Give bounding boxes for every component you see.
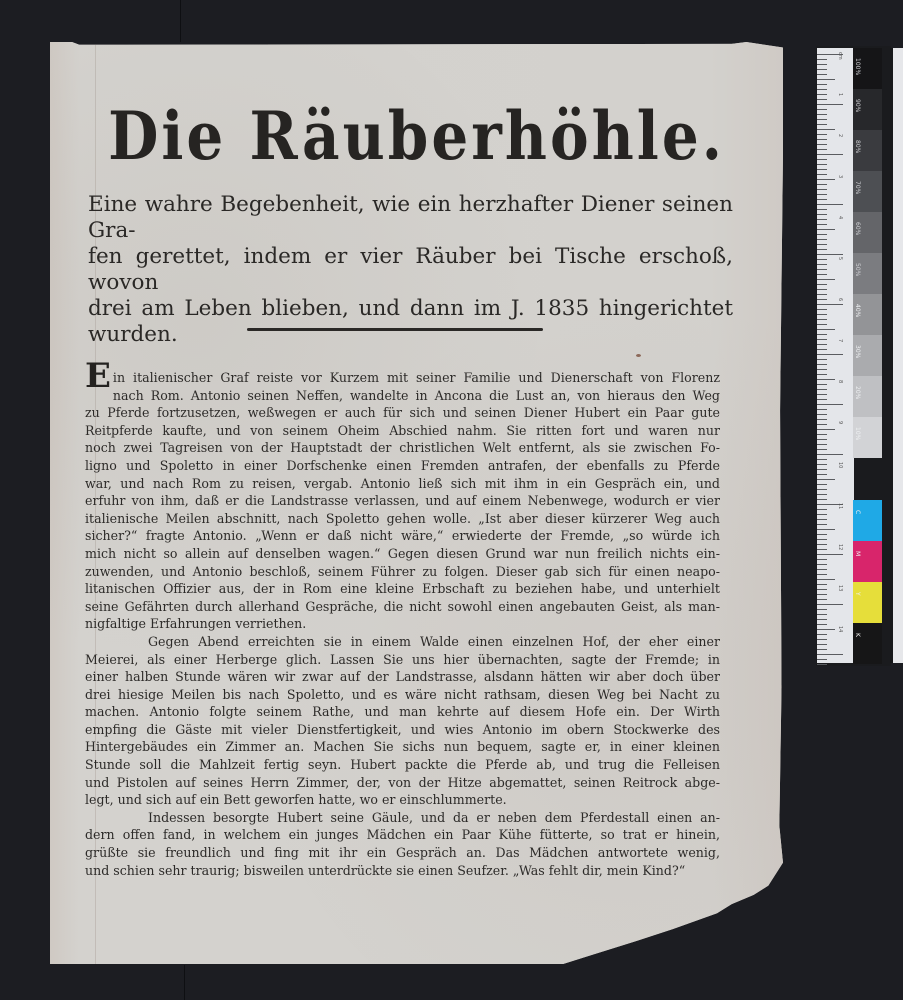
ruler-number: cm (837, 52, 843, 60)
ruler-tick (817, 429, 835, 430)
ruler-tick (817, 604, 843, 605)
ruler-tick (817, 649, 827, 650)
text-line: dern offen fand, in welchem ein junges M… (85, 826, 720, 844)
text-line: nigfaltige Erfahrungen verriethen. (85, 615, 720, 633)
ruler-tick (817, 389, 827, 390)
ruler-number: 5 (837, 257, 843, 260)
ruler-number: 9 (837, 421, 843, 424)
ink-stain (636, 354, 641, 357)
ruler-tick (817, 659, 827, 660)
color-patches: 100%90%80%70%60%50%40%30%20%10%CMYK (853, 48, 882, 663)
ruler-tick (817, 264, 827, 265)
ruler-tick (817, 114, 827, 115)
text-line: seine Gefährten durch allerhand Gespräch… (85, 598, 720, 616)
color-patch: Y (853, 582, 882, 623)
ruler-number: 13 (837, 585, 843, 591)
ruler-tick (817, 169, 827, 170)
patch-label: 50% (854, 263, 861, 276)
ruler-tick (817, 404, 843, 405)
text-line: ligno und Spoletto in einer Dorfschenke … (85, 457, 720, 475)
ruler-tick (817, 439, 827, 440)
ruler-tick (817, 304, 843, 305)
ruler-tick (817, 284, 827, 285)
ruler-tick (817, 184, 827, 185)
ruler-tick (817, 289, 827, 290)
ruler-tick (817, 234, 827, 235)
gray-patch: 50% (853, 253, 882, 294)
text-line: legt, und sich auf ein Bett geworfen hat… (85, 791, 720, 809)
ruler-number: 6 (837, 298, 843, 301)
ruler-tick (817, 559, 827, 560)
ruler-tick (817, 449, 827, 450)
ruler-tick (817, 614, 827, 615)
ruler-tick (817, 539, 827, 540)
ruler-tick (817, 324, 827, 325)
ruler-tick (817, 454, 843, 455)
ruler-tick (817, 219, 827, 220)
ruler-number: 12 (837, 544, 843, 550)
document-page: Die Räuberhöhle. Eine wahre Begebenheit,… (50, 42, 783, 964)
ruler-tick (817, 514, 827, 515)
ruler-tick (817, 159, 827, 160)
ruler-tick (817, 244, 827, 245)
ruler-tick (817, 94, 827, 95)
ruler-tick (817, 249, 827, 250)
ruler-tick (817, 564, 827, 565)
ruler-tick (817, 59, 827, 60)
ruler-tick (817, 489, 827, 490)
ruler-tick (817, 294, 827, 295)
ruler-tick (817, 629, 835, 630)
ruler-tick (817, 64, 827, 65)
color-patch: C (853, 500, 882, 541)
ruler-tick (817, 279, 835, 280)
ruler-tick (817, 204, 843, 205)
paragraph: Gegen Abend erreichten sie in einem Wald… (85, 633, 720, 809)
ruler-tick (817, 544, 827, 545)
ruler-tick (817, 214, 827, 215)
patch-label: 20% (854, 386, 861, 399)
patch-label: K (854, 633, 861, 637)
paragraph: Indessen besorgte Hubert seine Gäule, un… (85, 809, 720, 879)
patch-label: 10% (854, 427, 861, 440)
text-line: Reitpferde kaufte, und von seinem Oheim … (85, 422, 720, 440)
text-line: Gegen Abend erreichten sie in einem Wald… (85, 633, 720, 651)
ruler-tick (817, 574, 827, 575)
background-seam (180, 0, 181, 42)
ruler-tick (817, 584, 827, 585)
document-body: Ein italienischer Graf reiste vor Kurzem… (85, 357, 720, 879)
ruler-tick (817, 209, 827, 210)
ruler-tick (817, 359, 827, 360)
text-line: Meierei, als einer Herberge glich. Lasse… (85, 651, 720, 669)
patch-label: Y (854, 592, 861, 596)
text-line: zu Pferde fortzusetzen, weßwegen er auch… (85, 404, 720, 422)
ruler-tick (817, 224, 827, 225)
ruler-tick (817, 124, 827, 125)
ruler-tick (817, 364, 827, 365)
ruler-tick (817, 529, 835, 530)
separator-rule (247, 328, 543, 331)
ruler-tick (817, 664, 827, 665)
ruler-tick (817, 339, 827, 340)
text-line: mich nicht so allein auf denselben wagen… (85, 545, 720, 563)
ruler-number: 1 (837, 93, 843, 96)
subtitle-line: fen gerettet, indem er vier Räuber bei T… (88, 244, 733, 296)
text-line: sicher?“ fragte Antonio. „Wenn er daß ni… (85, 527, 720, 545)
ruler-tick (817, 479, 835, 480)
ruler-tick (817, 609, 827, 610)
ruler-tick (817, 189, 827, 190)
text-line: zuwenden, und Antonio beschloß, seinem F… (85, 563, 720, 581)
text-line: Stunde soll die Mahlzeit fertig seyn. Hu… (85, 756, 720, 774)
ruler-tick (817, 419, 827, 420)
ruler-tick (817, 424, 827, 425)
ruler-tick (817, 459, 827, 460)
ruler-number: 3 (837, 175, 843, 178)
text-line: machen. Antonio folgte seinem Rathe, und… (85, 703, 720, 721)
ruler-tick (817, 119, 827, 120)
text-line: und schien sehr traurig; bisweilen unter… (85, 862, 720, 880)
patch-label: 80% (854, 140, 861, 153)
text-line: noch zwei Tagreisen von der Hauptstadt d… (85, 439, 720, 457)
ruler-tick (817, 524, 827, 525)
ruler-tick (817, 229, 835, 230)
patch-label: 60% (854, 222, 861, 235)
ruler-tick (817, 384, 827, 385)
ruler-tick (817, 499, 827, 500)
ruler-tick (817, 254, 843, 255)
ruler-tick (817, 509, 827, 510)
gray-patch: 60% (853, 212, 882, 253)
ruler-tick (817, 494, 827, 495)
gray-patch: 100% (853, 48, 882, 89)
ruler-tick (817, 589, 827, 590)
ruler-tick (817, 634, 827, 635)
ruler-tick (817, 129, 835, 130)
ruler-tick (817, 619, 827, 620)
patch-label: 30% (854, 345, 861, 358)
ruler-tick (817, 434, 827, 435)
ruler-tick (817, 644, 827, 645)
paragraph: Ein italienischer Graf reiste vor Kurzem… (85, 357, 720, 633)
patch-label: C (854, 510, 861, 514)
document-subtitle: Eine wahre Begebenheit, wie ein herzhaft… (88, 192, 733, 348)
ruler-tick (817, 89, 827, 90)
document-title: Die Räuberhöhle. (50, 97, 783, 175)
ruler-tick (817, 369, 827, 370)
text-line: einer halben Stunde wären wir zwar auf d… (85, 668, 720, 686)
patch-label: 40% (854, 304, 861, 317)
ruler-tick (817, 84, 827, 85)
ruler-tick (817, 569, 827, 570)
ruler-tick (817, 79, 835, 80)
ruler-tick (817, 99, 827, 100)
ruler-tick (817, 354, 843, 355)
gray-patch: 20% (853, 376, 882, 417)
ruler-tick (817, 374, 827, 375)
gray-patch: 30% (853, 335, 882, 376)
ruler-tick (817, 579, 835, 580)
text-line: und Pistolen auf seines Herrn Zimmer, de… (85, 774, 720, 792)
ruler-number: 11 (837, 503, 843, 509)
text-line: drei hiesige Meilen bis nach Spoletto, u… (85, 686, 720, 704)
ruler-tick (817, 309, 827, 310)
ruler-tick (817, 69, 827, 70)
ruler-tick (817, 329, 835, 330)
background-seam (184, 965, 185, 1000)
ruler-tick (817, 334, 827, 335)
ruler-tick (817, 484, 827, 485)
gray-patch: 80% (853, 130, 882, 171)
gray-patch: 90% (853, 89, 882, 130)
ruler-tick (817, 109, 827, 110)
patch-label: M (854, 551, 861, 556)
ruler-tick (817, 299, 827, 300)
text-line: Hintergebäudes ein Zimmer an. Machen Sie… (85, 738, 720, 756)
ruler-tick (817, 174, 827, 175)
subtitle-line: Eine wahre Begebenheit, wie ein herzhaft… (88, 192, 733, 244)
ruler-tick (817, 554, 843, 555)
ruler-tick (817, 154, 843, 155)
patch-label: 90% (854, 99, 861, 112)
ruler-tick (817, 199, 827, 200)
ruler-tick (817, 464, 827, 465)
ruler-tick (817, 319, 827, 320)
ruler-tick (817, 164, 827, 165)
text-line: war, und nach Rom zu reisen, vergab. Ant… (85, 475, 720, 493)
text-line: nach Rom. Antonio seinen Neffen, wandelt… (113, 387, 720, 405)
ruler-tick (817, 519, 827, 520)
ruler-number: 2 (837, 134, 843, 137)
ruler-tick (817, 134, 827, 135)
ruler-tick (817, 194, 827, 195)
ruler-tick (817, 104, 843, 105)
ruler-tick (817, 139, 827, 140)
ruler-tick (817, 239, 827, 240)
text-line: litanischen Offizier aus, der in Rom ein… (85, 580, 720, 598)
ruler-tick (817, 409, 827, 410)
ruler-tick (817, 599, 827, 600)
color-patch: M (853, 541, 882, 582)
gray-patch: 40% (853, 294, 882, 335)
patch-label: 100% (854, 58, 861, 75)
ruler-tick (817, 144, 827, 145)
color-patch: K (853, 623, 882, 664)
ruler-number: 4 (837, 216, 843, 219)
ruler-number: 10 (837, 462, 843, 468)
ruler-tick (817, 469, 827, 470)
ruler-tick (817, 534, 827, 535)
gray-patch: 70% (853, 171, 882, 212)
ruler-number: 14 (837, 626, 843, 632)
white-reference-strip (890, 48, 903, 663)
ruler-tick (817, 624, 827, 625)
ruler-tick (817, 474, 827, 475)
ruler-tick (817, 549, 827, 550)
text-line: italienische Meilen abschnitt, nach Spol… (85, 510, 720, 528)
ruler-tick (817, 269, 827, 270)
ruler-tick (817, 259, 827, 260)
ruler-tick (817, 344, 827, 345)
ruler-tick (817, 149, 827, 150)
ruler-tick (817, 349, 827, 350)
measurement-ruler: cm1234567891011121314 (817, 48, 854, 663)
gray-patch: 10% (853, 417, 882, 458)
text-line: Indessen besorgte Hubert seine Gäule, un… (85, 809, 720, 827)
subtitle-line: drei am Leben blieben, und dann im J. 18… (88, 296, 733, 348)
text-line: grüßte sie freundlich und fing mit ihr e… (85, 844, 720, 862)
ruler-tick (817, 399, 827, 400)
ruler-tick (817, 74, 827, 75)
ruler-number: 8 (837, 380, 843, 383)
ruler-tick (817, 394, 827, 395)
drop-cap: E (85, 361, 111, 391)
ruler-tick (817, 444, 827, 445)
ruler-tick (817, 654, 843, 655)
text-line: empfing die Gäste mit vieler Dienstferti… (85, 721, 720, 739)
ruler-tick (817, 179, 835, 180)
patch-label: 70% (854, 181, 861, 194)
ruler-tick (817, 414, 827, 415)
ruler-tick (817, 594, 827, 595)
ruler-number: 7 (837, 339, 843, 342)
text-line: erfuhr von ihm, daß er die Landstrasse v… (85, 492, 720, 510)
ruler-tick (817, 379, 835, 380)
ruler-tick (817, 639, 827, 640)
ruler-tick (817, 274, 827, 275)
text-line: Ein italienischer Graf reiste vor Kurzem… (85, 361, 720, 387)
ruler-tick (817, 314, 827, 315)
